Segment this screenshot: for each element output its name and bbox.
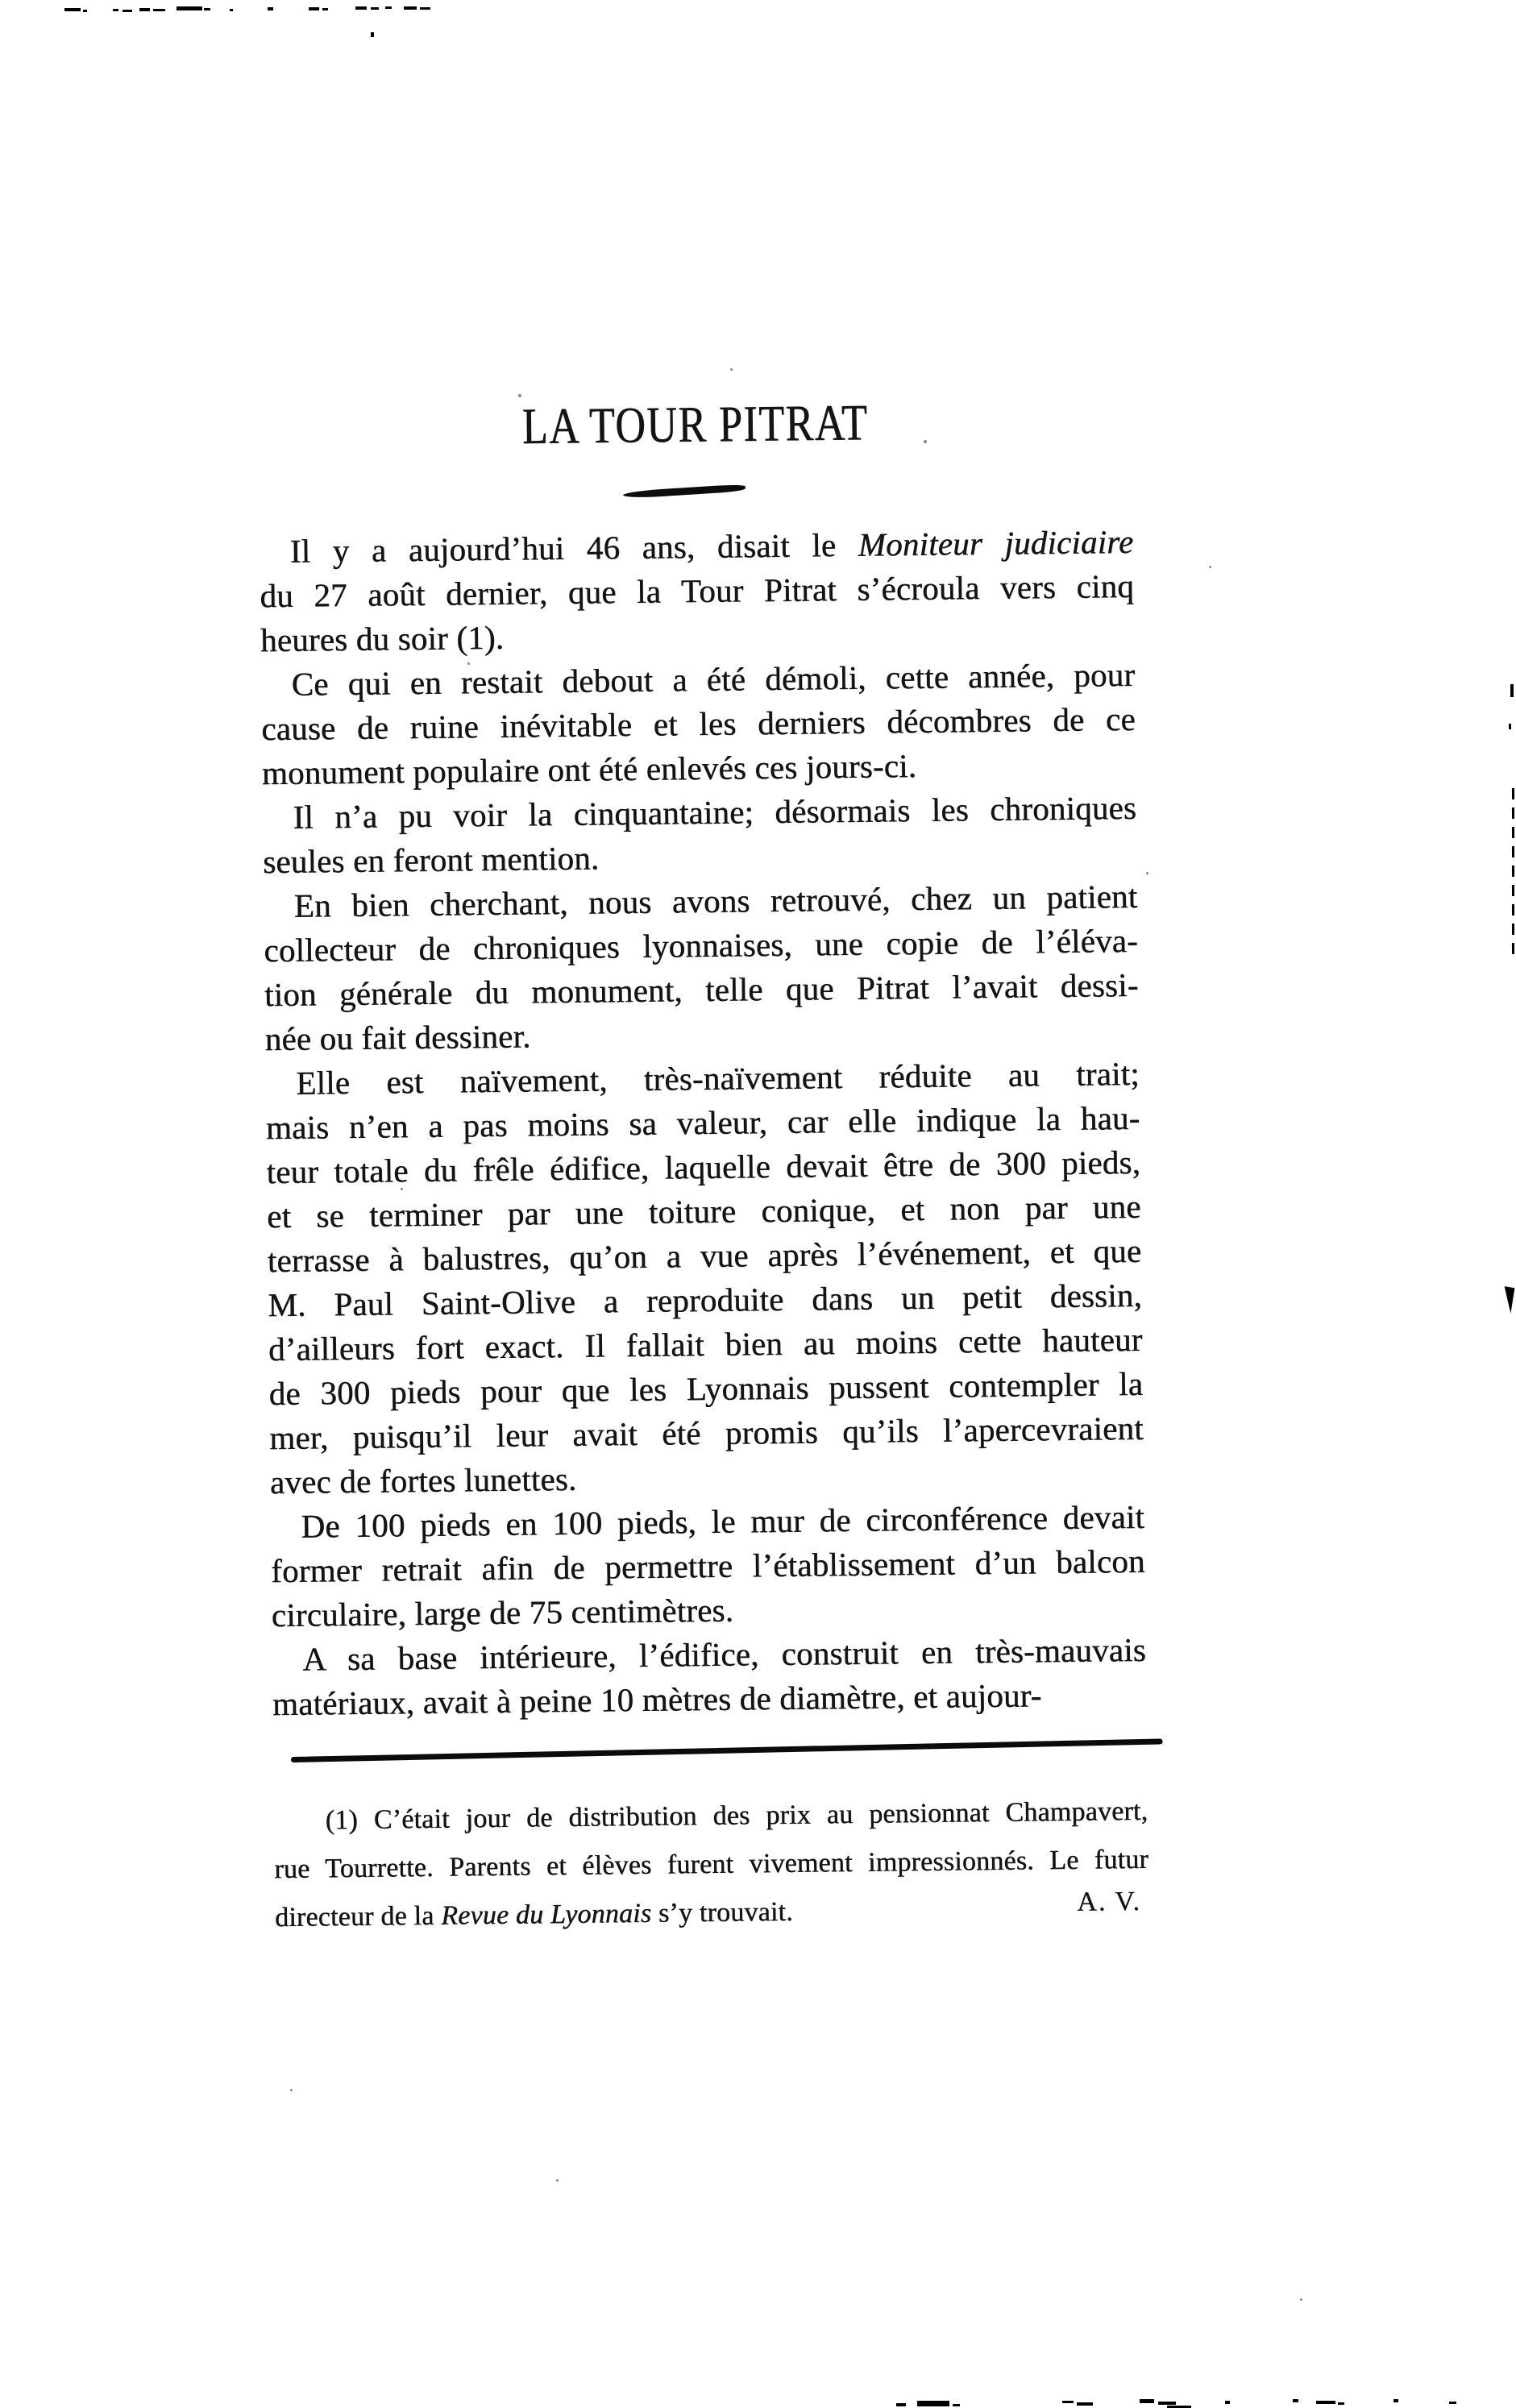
text-column: LA TOUR PITRAT Il y a aujourd’hui 46 ans… (253, 0, 1155, 2408)
footnote-signature: A. V. (1077, 1878, 1141, 1927)
text-line: directeur de la Revue du Lyonnais s’y tr… (275, 1884, 1150, 1942)
scan-edge-dashes (1512, 788, 1514, 961)
footnote: (1) C’était jour de distribution des pri… (273, 1787, 1149, 1942)
text-line: rue Tourrette. Parents et élèves furent … (274, 1836, 1149, 1894)
title-divider (623, 484, 746, 499)
scan-wedge-mark (1501, 1286, 1515, 1314)
page-title: LA TOUR PITRAT (258, 393, 1133, 459)
book-page: LA TOUR PITRAT Il y a aujourd’hui 46 ans… (0, 0, 1516, 2408)
footnote-divider (291, 1738, 1163, 1762)
body-text: Il y a aujourd’hui 46 ans, disait le Mon… (260, 520, 1148, 1726)
text-line: matériaux, avait à peine 10 mètres de di… (272, 1672, 1148, 1726)
